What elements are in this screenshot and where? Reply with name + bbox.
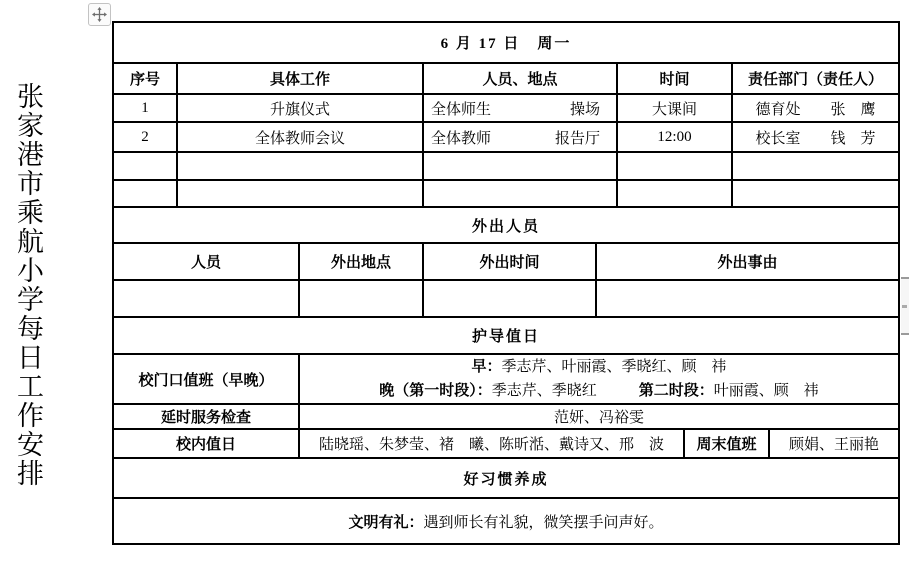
date-title: 6 月 17 日 周一	[113, 22, 899, 63]
cell-people: 全体师生	[431, 98, 491, 119]
gate-duty-evening: 晚（第一时段）：季志芹、季晓红第二时段：叶丽霞、顾 祎	[302, 379, 896, 403]
outing-row-empty	[113, 280, 899, 317]
table-row: 2 全体教师会议 全体教师 报告厅 12:00 校长室 钱 芳	[113, 122, 899, 152]
document-vertical-title: 张家港市乘航小学每日工作安排	[10, 82, 46, 488]
gate-morning-names: 季志芹、叶丽霞、季晓红、顾 祎	[502, 359, 727, 375]
table-row-empty	[113, 180, 899, 207]
gate-duty-content: 早：季志芹、叶丽霞、季晓红、顾 祎 晚（第一时段）：季志芹、季晓红第二时段：叶丽…	[299, 354, 899, 404]
move-arrows-icon	[92, 7, 107, 22]
cell-empty	[596, 280, 899, 317]
cell-empty	[732, 180, 899, 207]
cell-dept: 德育处 张 鹰	[732, 94, 899, 122]
cell-place: 操场	[570, 98, 600, 119]
cell-people-place: 全体师生 操场	[423, 94, 617, 122]
section-title-habits: 好习惯养成	[113, 458, 899, 498]
cell-empty	[617, 152, 732, 180]
cell-empty	[177, 180, 423, 207]
cell-empty	[423, 152, 617, 180]
cell-people-place: 全体教师 报告厅	[423, 122, 617, 152]
delay-check-names: 范妍、冯裕雯	[299, 404, 899, 429]
col-header-no: 序号	[113, 63, 177, 94]
gate-morning-label: 早：	[472, 359, 502, 375]
cell-people: 全体教师	[431, 127, 491, 148]
habit-item-label: 文明有礼：	[349, 515, 424, 531]
daily-schedule-table: 6 月 17 日 周一 序号 具体工作 人员、地点 时间 责任部门（责任人） 1…	[112, 21, 900, 545]
col-header-dept: 责任部门（责任人）	[732, 63, 899, 94]
cell-time: 12:00	[617, 122, 732, 152]
cell-task: 升旗仪式	[177, 94, 423, 122]
section-title-outing: 外出人员	[113, 207, 899, 243]
weekend-duty-label: 周末值班	[684, 429, 769, 458]
campus-duty-label: 校内值日	[113, 429, 299, 458]
gate-evening2-names: 叶丽霞、顾 祎	[714, 383, 819, 399]
campus-duty-names: 陆晓瑶、朱梦莹、褚 曦、陈昕湉、戴诗又、邢 波	[299, 429, 684, 458]
gate-evening-names: 季志芹、季晓红	[492, 383, 597, 399]
cell-empty	[177, 152, 423, 180]
cell-empty	[617, 180, 732, 207]
outing-header-people: 人员	[113, 243, 299, 280]
cell-empty	[423, 180, 617, 207]
table-row-empty	[113, 152, 899, 180]
weekend-duty-names: 顾娟、王丽艳	[769, 429, 899, 458]
cell-empty	[113, 280, 299, 317]
cell-task: 全体教师会议	[177, 122, 423, 152]
cell-dept: 校长室 钱 芳	[732, 122, 899, 152]
cell-empty	[299, 280, 423, 317]
table-row: 1 升旗仪式 全体师生 操场 大课间 德育处 张 鹰	[113, 94, 899, 122]
cell-empty	[423, 280, 596, 317]
vertical-scrollbar[interactable]	[901, 277, 909, 335]
cell-empty	[113, 180, 177, 207]
habit-item-text: 遇到师长有礼貌，微笑摆手问声好。	[424, 515, 664, 531]
scrollbar-grip	[902, 305, 907, 308]
outing-header-time: 外出时间	[423, 243, 596, 280]
outing-header-reason: 外出事由	[596, 243, 899, 280]
gate-evening-label: 晚（第一时段）：	[379, 383, 492, 399]
table-move-handle[interactable]	[88, 3, 111, 26]
gate-evening2-label: 第二时段：	[639, 383, 714, 399]
outing-header-place: 外出地点	[299, 243, 423, 280]
gate-duty-morning: 早：季志芹、叶丽霞、季晓红、顾 祎	[302, 355, 896, 379]
cell-no: 1	[113, 94, 177, 122]
cell-time: 大课间	[617, 94, 732, 122]
section-title-duty: 护导值日	[113, 317, 899, 354]
cell-place: 报告厅	[555, 127, 600, 148]
col-header-people-place: 人员、地点	[423, 63, 617, 94]
cell-empty	[732, 152, 899, 180]
document-page: 张家港市乘航小学每日工作安排	[0, 0, 909, 577]
col-header-time: 时间	[617, 63, 732, 94]
gate-duty-label: 校门口值班（早晚）	[113, 354, 299, 404]
cell-empty	[113, 152, 177, 180]
col-header-task: 具体工作	[177, 63, 423, 94]
cell-no: 2	[113, 122, 177, 152]
delay-check-label: 延时服务检查	[113, 404, 299, 429]
habit-content: 文明有礼：遇到师长有礼貌，微笑摆手问声好。	[113, 498, 899, 544]
